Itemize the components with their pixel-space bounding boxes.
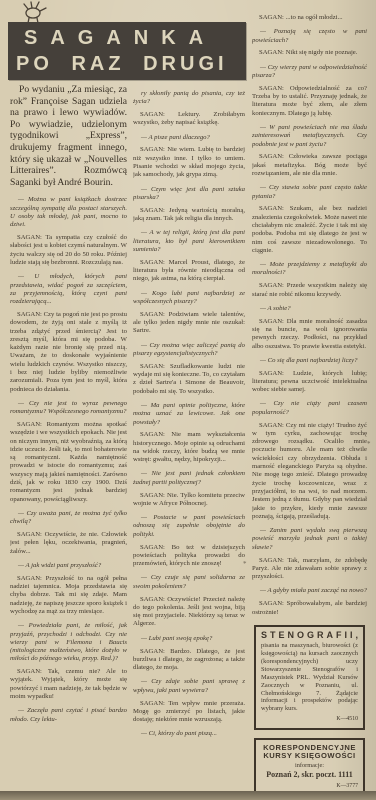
column-3-text: SAGAN: ...to na ogół młodzi...— Poznają … — [252, 14, 367, 617]
answer-paragraph: SAGAN: Jedyną wartością moralną, jaką zn… — [133, 207, 245, 224]
question-paragraph: — Może przejdziemy z metafizyki do moral… — [252, 261, 367, 278]
print-asterisk-mark: * — [243, 560, 247, 568]
answer-paragraph: SAGAN: Nie. Tylko komitetu przeciw wojni… — [133, 492, 245, 509]
doodle-bird-icon — [16, 0, 50, 24]
masthead: SAGANKA PO RAZ DRUGI — [8, 22, 246, 80]
answer-paragraph: SAGAN: Romantyzm można spotkać wszędzie … — [10, 421, 127, 504]
column-1: Po wydaniu „Za miesiąc, za rok” François… — [10, 84, 127, 796]
question-paragraph: — Czy wierzy pani w odpowiedzialność pis… — [252, 64, 367, 81]
question-paragraph: ry skłoniły panią do pisania, czy też ży… — [133, 90, 245, 107]
answer-paragraph: SAGAN: Czy mi nie ciąży! Trudno żyć w ty… — [252, 422, 367, 522]
ad-kursy-line2: KURSY KSIĘGOWOŚCI — [261, 752, 358, 760]
page-title-line1: SAGANKA — [24, 27, 246, 50]
ad-stenografii-ref: K—4510 — [261, 715, 358, 723]
answer-paragraph: SAGAN: Nie mam wykształcenia historyczne… — [133, 431, 245, 464]
answer-paragraph: SAGAN: Szukam, ale bez nadziei znalezien… — [252, 205, 367, 255]
print-asterisk-mark: * — [367, 440, 371, 448]
question-paragraph: — Czy nie ciąży pani czasem popularność? — [252, 400, 367, 417]
question-paragraph: — A pisze pani dlaczego? — [133, 134, 245, 142]
answer-paragraph: SAGAN: Bardzo. Dlatego, że jest burzliwa… — [133, 648, 245, 673]
answer-paragraph: SAGAN: Oczywiście! Przecież należę do te… — [133, 596, 245, 629]
question-paragraph: — Czy zdaje sobie pani sprawę z wpływu, … — [133, 678, 245, 695]
question-paragraph: — A sobie? — [252, 305, 367, 313]
question-paragraph: — Czy nie jest to wyraz pewnego romantyz… — [10, 400, 127, 417]
ad-stenografii-title: STENOGRAFII, — [261, 631, 358, 639]
lead-paragraph: Po wydaniu „Za miesiąc, za rok” François… — [10, 84, 127, 188]
ad-stenografii-body: pisania na maszynach, biurowości (z księ… — [261, 642, 358, 713]
question-paragraph: — Postacie w pani powieściach odnoszą si… — [133, 514, 245, 539]
question-paragraph: — A w tej religii, którą jest dla pani l… — [133, 229, 245, 254]
question-paragraph: — W pani powieściach nie ma śladu zainte… — [252, 124, 367, 149]
column-3: SAGAN: ...to na ogół młodzi...— Poznają … — [252, 14, 367, 794]
question-paragraph: — Powiedziała pani, że miłość, jak przyj… — [10, 622, 127, 663]
page-title-line2: PO RAZ DRUGI — [16, 53, 246, 76]
answer-paragraph: SAGAN: Przede wszystkim należy się stara… — [252, 282, 367, 299]
question-paragraph: — Czy uważa pani, że można żyć tylko chw… — [10, 510, 127, 527]
answer-paragraph: SAGAN: Tak, czemu nie? Ale to wyjątek. W… — [10, 668, 127, 701]
question-paragraph: — Czy stawia sobie pani często takie pyt… — [252, 184, 367, 201]
answer-paragraph: SAGAN: Odpowiedzialność za co? Trzeba by… — [252, 85, 367, 118]
answer-paragraph: SAGAN: Szufladkowanie ludzi nie wydaje m… — [133, 363, 245, 396]
question-paragraph: — A jak widzi pani przyszłość? — [10, 562, 127, 570]
question-paragraph: — Ci, którzy do pani piszą... — [133, 730, 245, 738]
question-paragraph: — Czym więc jest dla pani sztuka pisarsk… — [133, 186, 245, 203]
answer-paragraph: SAGAN: Przyszłość to na ogół pełna nadzi… — [10, 575, 127, 616]
answer-paragraph: SAGAN: Oczywiście, że nie. Człowiek jest… — [10, 531, 127, 556]
question-paragraph: — Zaczęła pani czytać i pisać bardzo mło… — [10, 707, 127, 724]
question-paragraph: — Co się dla pani najbardziej liczy? — [252, 357, 367, 365]
ad-kursy-ref: K—3777 — [261, 782, 358, 790]
question-paragraph: — Można w pani książkach dostrzec szczeg… — [10, 196, 127, 229]
question-paragraph: — Kogo lubi pani najbardziej ze współcze… — [133, 290, 245, 307]
ad-kursy-box: KORESPONDENCYJNE KURSY KSIĘGOWOŚCI infor… — [254, 738, 365, 794]
answer-paragraph: SAGAN: Lektury. Zrobiłabym wszystko, żeb… — [133, 111, 245, 128]
question-paragraph: — Zanim pani wydała swą pierwszą powieść… — [252, 527, 367, 552]
answer-paragraph: SAGAN: Nikt się nigdy nie poznaje. — [252, 49, 367, 57]
answer-paragraph: SAGAN: Podziwiam wiele talentów, ale tyl… — [133, 311, 245, 336]
question-paragraph: — Nie jest pani jednak członkiem żadnej … — [133, 470, 245, 487]
ad-kursy-address: Poznań 2, skr. poczt. 1111 — [261, 771, 358, 779]
answer-paragraph: SAGAN: Czy ta pogoń nie jest po prostu d… — [10, 311, 127, 394]
question-paragraph: — A gdyby miała pani zacząć na nowo? — [252, 587, 367, 595]
answer-paragraph: SAGAN: Ludzie, których lubię; literatura… — [252, 370, 367, 395]
answer-paragraph: SAGAN: Ten wpływ mnie przeraża. Mogę go … — [133, 700, 245, 725]
answer-paragraph: SAGAN: Tak, marzyłam, że zdobędę Paryż. … — [252, 557, 367, 582]
answer-paragraph: SAGAN: Spróbowałabym, ale bardziej ostro… — [252, 600, 367, 617]
answer-paragraph: SAGAN: ...to na ogół młodzi... — [252, 14, 367, 22]
question-paragraph: — Poznają się często w pani powieściach? — [252, 28, 367, 45]
question-paragraph: — Ma pani opinie polityczne, które można… — [133, 402, 245, 427]
answer-paragraph: SAGAN: Marcel Proust, dlatego, że litera… — [133, 259, 245, 284]
ad-stenografii-box: STENOGRAFII, pisania na maszynach, biuro… — [254, 625, 365, 730]
question-paragraph: — Czy czuje się pani solidarna ze swoim … — [133, 574, 245, 591]
question-paragraph: — Lubi pani swoją epokę? — [133, 635, 245, 643]
answer-paragraph: SAGAN: Nie wiem. Lubię to bardziej niż w… — [133, 146, 245, 179]
magazine-page: SAGANKA PO RAZ DRUGI Po wydaniu „Za mies… — [0, 0, 376, 800]
column-2: ry skłoniły panią do pisania, czy też ży… — [133, 84, 245, 796]
answer-paragraph: SAGAN: Ta sympatia czy czułość do słaboś… — [10, 234, 127, 267]
answer-paragraph: SAGAN: Dla mnie moralność zasadza się na… — [252, 318, 367, 351]
question-paragraph: — U młodych, których pani przedstawia, w… — [10, 273, 127, 306]
answer-paragraph: SAGAN: Bo też w dzisiejszych powieściach… — [133, 544, 245, 569]
question-paragraph: — Czy można więc zaliczyć panią do pisar… — [133, 342, 245, 359]
answer-paragraph: SAGAN: Człowieka zawsze pociąga jakaś me… — [252, 153, 367, 178]
scan-edge-band — [0, 791, 376, 800]
ad-kursy-info: informacje: — [261, 762, 358, 770]
